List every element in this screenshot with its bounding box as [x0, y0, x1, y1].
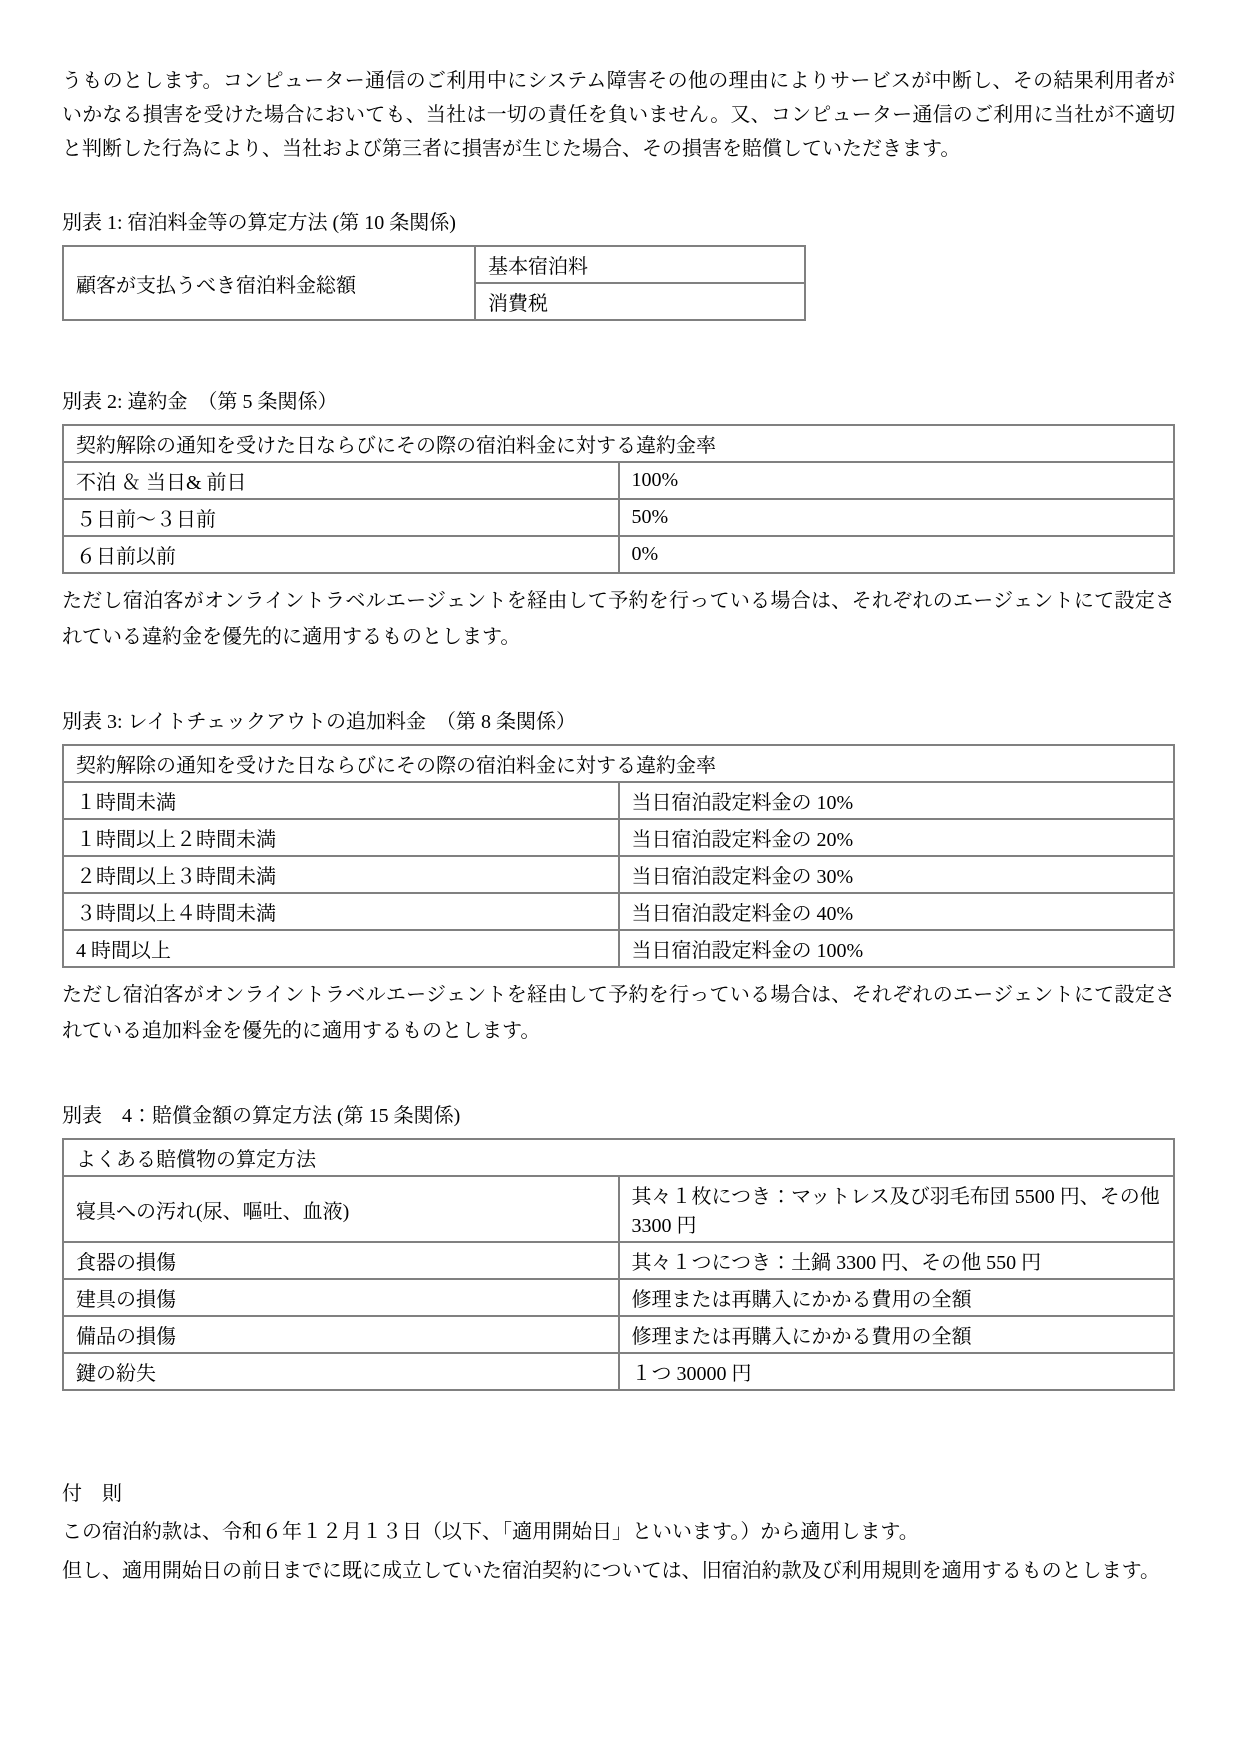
table1-room-charge-calculation: 顧客が支払うべき宿泊料金総額 基本宿泊料 消費税 — [62, 245, 806, 321]
table3-row3-label: ３時間以上４時間未満 — [63, 893, 619, 930]
intro-paragraph: うものとします。コンピューター通信のご利用中にシステム障害その他の理由によりサー… — [62, 64, 1175, 166]
table2-row2-value: 0% — [619, 536, 1175, 573]
table3-late-checkout-fees: 契約解除の通知を受けた日ならびにその際の宿泊料金に対する違約金率 １時間未満 当… — [62, 744, 1175, 968]
table3-row2-value: 当日宿泊設定料金の 30% — [619, 856, 1175, 893]
table4-row4-value: １つ 30000 円 — [619, 1353, 1175, 1390]
appendix-title: 付 則 — [62, 1477, 1175, 1511]
appendix-line1: この宿泊約款は、令和６年１２月１３日（以下、「適用開始日」といいます。）から適用… — [62, 1514, 1175, 1550]
table3-header-cell: 契約解除の通知を受けた日ならびにその際の宿泊料金に対する違約金率 — [63, 745, 1174, 782]
table4-caption: 別表 4：賠償金額の算定方法 (第 15 条関係) — [62, 1101, 1175, 1131]
table-header-row: よくある賠償物の算定方法 — [63, 1139, 1174, 1176]
table2-ota-note: ただし宿泊客がオンライントラベルエージェントを経由して予約を行っている場合は、そ… — [62, 583, 1175, 655]
table4-row3-label: 備品の損傷 — [63, 1316, 619, 1353]
table2-header-cell: 契約解除の通知を受けた日ならびにその際の宿泊料金に対する違約金率 — [63, 425, 1174, 462]
table2-row1-value: 50% — [619, 499, 1175, 536]
table-row: 鍵の紛失 １つ 30000 円 — [63, 1353, 1174, 1390]
table3-ota-note: ただし宿泊客がオンライントラベルエージェントを経由して予約を行っている場合は、そ… — [62, 977, 1175, 1049]
table4-row3-value: 修理または再購入にかかる費用の全額 — [619, 1316, 1175, 1353]
table-row: ５日前～３日前 50% — [63, 499, 1174, 536]
table1-total-charge-cell: 顧客が支払うべき宿泊料金総額 — [63, 246, 475, 320]
table-row: 顧客が支払うべき宿泊料金総額 基本宿泊料 — [63, 246, 805, 283]
document-page: うものとします。コンピューター通信のご利用中にシステム障害その他の理由によりサー… — [0, 0, 1241, 1755]
table3-row1-value: 当日宿泊設定料金の 20% — [619, 819, 1175, 856]
table3-row2-label: ２時間以上３時間未満 — [63, 856, 619, 893]
table4-row4-label: 鍵の紛失 — [63, 1353, 619, 1390]
table-header-row: 契約解除の通知を受けた日ならびにその際の宿泊料金に対する違約金率 — [63, 425, 1174, 462]
table3-row4-value: 当日宿泊設定料金の 100% — [619, 930, 1175, 967]
table4-row2-value: 修理または再購入にかかる費用の全額 — [619, 1279, 1175, 1316]
table4-header-cell: よくある賠償物の算定方法 — [63, 1139, 1174, 1176]
table2-row0-value: 100% — [619, 462, 1175, 499]
table1-basic-charge-cell: 基本宿泊料 — [475, 246, 805, 283]
table-row: ６日前以前 0% — [63, 536, 1174, 573]
table3-caption: 別表 3: レイトチェックアウトの追加料金 （第 8 条関係） — [62, 707, 1175, 737]
table4-row1-label: 食器の損傷 — [63, 1242, 619, 1279]
table2-cancellation-penalty: 契約解除の通知を受けた日ならびにその際の宿泊料金に対する違約金率 不泊 ＆ 当日… — [62, 424, 1175, 574]
table3-row0-label: １時間未満 — [63, 782, 619, 819]
table4-row0-value: 其々１枚につき：マットレス及び羽毛布団 5500 円、その他 3300 円 — [619, 1176, 1175, 1242]
table-row: ３時間以上４時間未満 当日宿泊設定料金の 40% — [63, 893, 1174, 930]
table3-row0-value: 当日宿泊設定料金の 10% — [619, 782, 1175, 819]
table2-row2-label: ６日前以前 — [63, 536, 619, 573]
table2-row1-label: ５日前～３日前 — [63, 499, 619, 536]
table3-row3-value: 当日宿泊設定料金の 40% — [619, 893, 1175, 930]
table-row: ２時間以上３時間未満 当日宿泊設定料金の 30% — [63, 856, 1174, 893]
table-row: 建具の損傷 修理または再購入にかかる費用の全額 — [63, 1279, 1174, 1316]
table4-compensation-calculation: よくある賠償物の算定方法 寝具への汚れ(尿、嘔吐、血液) 其々１枚につき：マット… — [62, 1138, 1175, 1391]
table3-row1-label: １時間以上２時間未満 — [63, 819, 619, 856]
table2-caption: 別表 2: 違約金 （第 5 条関係） — [62, 387, 1175, 417]
table-row: 4 時間以上 当日宿泊設定料金の 100% — [63, 930, 1174, 967]
table-row: 備品の損傷 修理または再購入にかかる費用の全額 — [63, 1316, 1174, 1353]
table4-row2-label: 建具の損傷 — [63, 1279, 619, 1316]
table-row: 寝具への汚れ(尿、嘔吐、血液) 其々１枚につき：マットレス及び羽毛布団 5500… — [63, 1176, 1174, 1242]
table-row: １時間未満 当日宿泊設定料金の 10% — [63, 782, 1174, 819]
table-row: 不泊 ＆ 当日& 前日 100% — [63, 462, 1174, 499]
table2-row0-label: 不泊 ＆ 当日& 前日 — [63, 462, 619, 499]
table1-caption: 別表 1: 宿泊料金等の算定方法 (第 10 条関係) — [62, 208, 1175, 238]
table3-row4-label: 4 時間以上 — [63, 930, 619, 967]
table-header-row: 契約解除の通知を受けた日ならびにその際の宿泊料金に対する違約金率 — [63, 745, 1174, 782]
table-row: 食器の損傷 其々１つにつき：土鍋 3300 円、その他 550 円 — [63, 1242, 1174, 1279]
table4-row1-value: 其々１つにつき：土鍋 3300 円、その他 550 円 — [619, 1242, 1175, 1279]
appendix-line2: 但し、適用開始日の前日までに既に成立していた宿泊契約については、旧宿泊約款及び利… — [62, 1553, 1175, 1589]
table4-row0-label: 寝具への汚れ(尿、嘔吐、血液) — [63, 1176, 619, 1242]
table-row: １時間以上２時間未満 当日宿泊設定料金の 20% — [63, 819, 1174, 856]
table1-consumption-tax-cell: 消費税 — [475, 283, 805, 320]
